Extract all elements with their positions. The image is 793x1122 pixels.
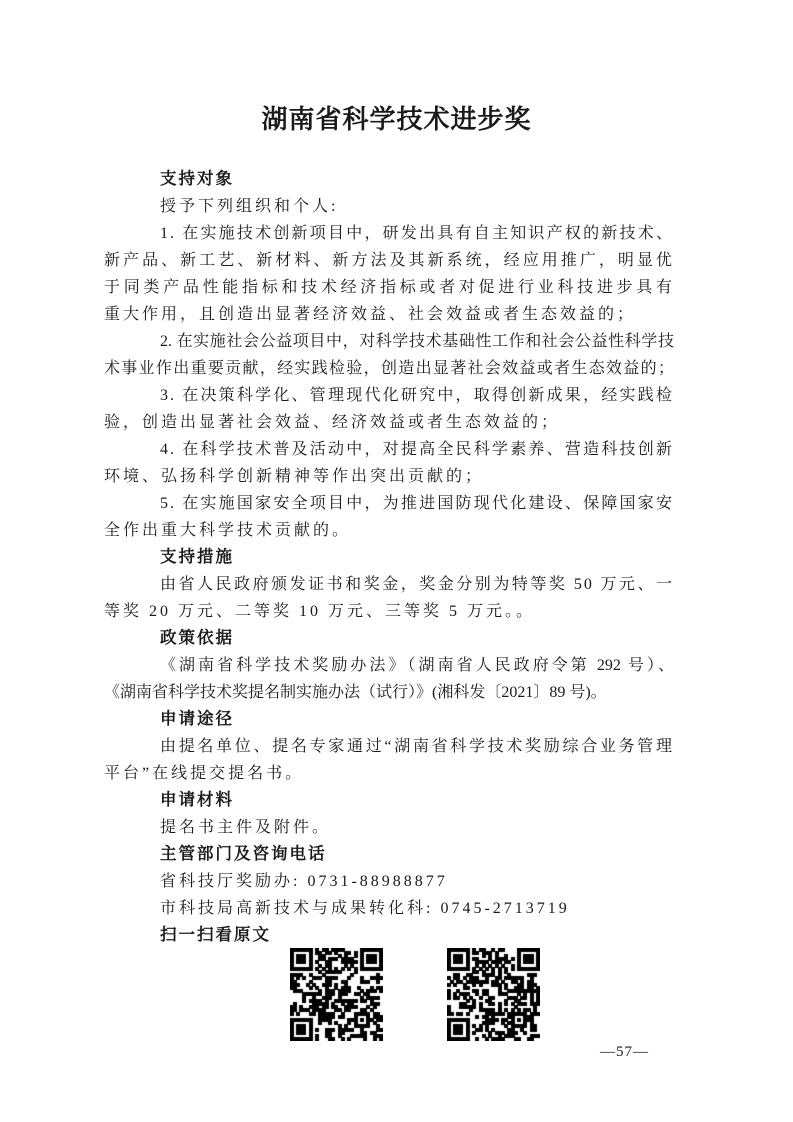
- section-heading-application-channel: 申请途径: [104, 706, 674, 733]
- body-line: 等奖 20 万元、二等奖 10 万元、三等奖 5 万元。。: [104, 598, 674, 625]
- body-line: 由省人民政府颁发证书和奖金，奖金分别为特等奖 50 万元、一: [104, 571, 674, 598]
- body-line: 3. 在决策科学化、管理现代化研究中，取得创新成果，经实践检: [104, 382, 674, 409]
- section-heading-scan-original: 扫一扫看原文: [104, 922, 674, 949]
- document-title: 湖南省科学技术进步奖: [0, 99, 793, 136]
- section-heading-support-targets: 支持对象: [104, 166, 674, 193]
- body-line: 《湖南省科学技术奖励办法》（湖南省人民政府令第 292 号）、: [104, 652, 674, 679]
- section-heading-application-materials: 申请材料: [104, 787, 674, 814]
- body-line: 由提名单位、提名专家通过“湖南省科学技术奖励综合业务管理: [104, 733, 674, 760]
- document-body: 支持对象 授予下列组织和个人: 1. 在实施技术创新项目中，研发出具有自主知识产…: [104, 166, 674, 949]
- body-line: 平台”在线提交提名书。: [104, 760, 674, 787]
- section-heading-support-measures: 支持措施: [104, 544, 674, 571]
- body-line: 《湖南省科学技术奖提名制实施办法（试行）》(湘科发〔2021〕89 号)。: [104, 679, 674, 706]
- body-line: 重大作用，且创造出显著经济效益、社会效益或者生态效益的；: [104, 301, 674, 328]
- body-line: 5. 在实施国家安全项目中，为推进国防现代化建设、保障国家安: [104, 490, 674, 517]
- section-heading-authority-contacts: 主管部门及咨询电话: [104, 841, 674, 868]
- body-line: 验，创造出显著社会效益、经济效益或者生态效益的；: [104, 409, 674, 436]
- qr-code-left-icon: [290, 948, 383, 1041]
- body-line: 于同类产品性能指标和技术经济指标或者对促进行业科技进步具有: [104, 274, 674, 301]
- body-line: 环境、弘扬科学创新精神等作出突出贡献的；: [104, 463, 674, 490]
- body-line: 全作出重大科学技术贡献的。: [104, 517, 674, 544]
- body-line: 2. 在实施社会公益项目中，对科学技术基础性工作和社会公益性科学技: [104, 328, 674, 355]
- qr-code-row: [290, 948, 540, 1041]
- body-line: 术事业作出重要贡献，经实践检验，创造出显著社会效益或者生态效益的；: [104, 355, 674, 382]
- body-line: 新产品、新工艺、新材料、新方法及其新系统，经应用推广，明显优: [104, 247, 674, 274]
- body-line: 4. 在科学技术普及活动中，对提高全民科学素养、营造科技创新: [104, 436, 674, 463]
- body-line: 1. 在实施技术创新项目中，研发出具有自主知识产权的新技术、: [104, 220, 674, 247]
- contact-phone-line: 市科技局高新技术与成果转化科: 0745-2713719: [104, 895, 674, 922]
- body-line: 授予下列组织和个人:: [104, 193, 674, 220]
- page-number: —57—: [600, 1044, 649, 1061]
- section-heading-policy-basis: 政策依据: [104, 625, 674, 652]
- contact-phone-line: 省科技厅奖励办: 0731-88988877: [104, 868, 674, 895]
- body-line: 提名书主件及附件。: [104, 814, 674, 841]
- document-page: 湖南省科学技术进步奖 支持对象 授予下列组织和个人: 1. 在实施技术创新项目中…: [0, 0, 793, 1122]
- qr-code-right-icon: [447, 948, 540, 1041]
